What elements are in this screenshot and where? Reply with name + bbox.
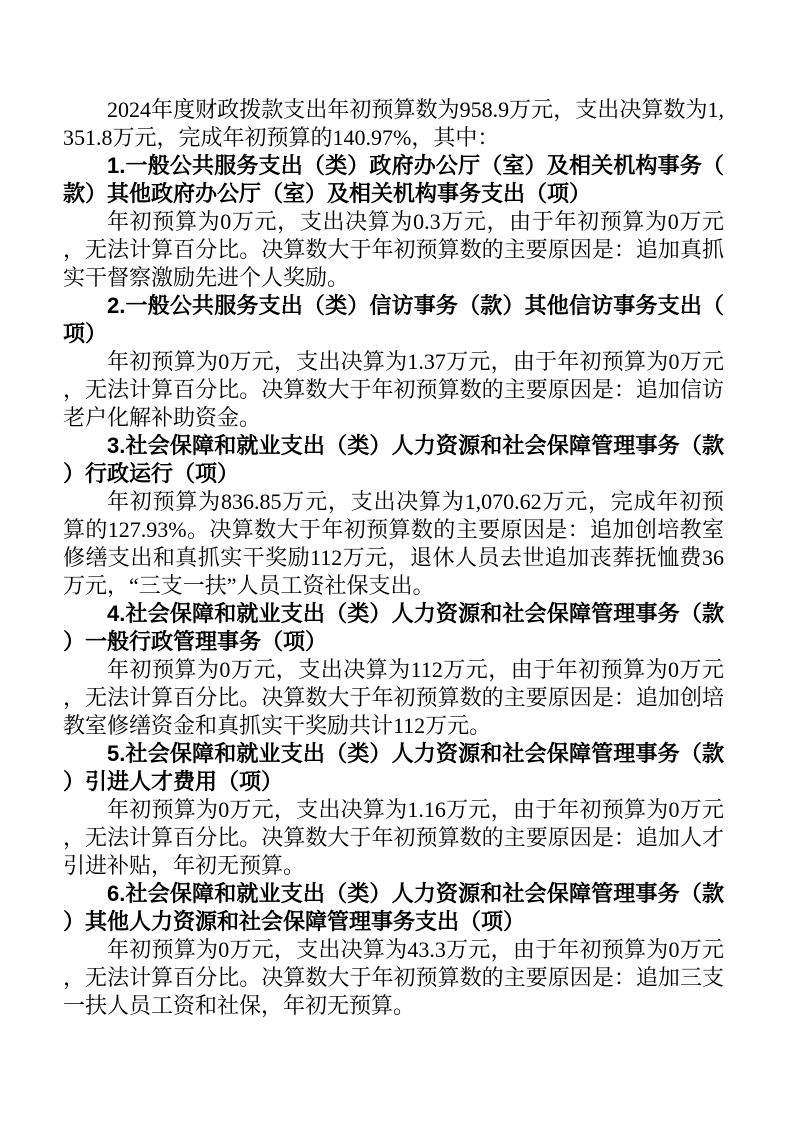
- section-heading: 6.社会保障和就业支出（类）人力资源和社会保障管理事务（款）其他人力资源和社会保…: [63, 880, 724, 936]
- section-heading: 2.一般公共服务支出（类）信访事务（款）其他信访事务支出（项）: [63, 292, 724, 348]
- section-body: 年初预算为836.85万元，支出决算为1,070.62万元，完成年初预算的127…: [63, 488, 724, 600]
- document-body: 2024年度财政拨款支出年初预算数为958.9万元，支出决算数为1,351.8万…: [63, 96, 724, 1020]
- document-page: 2024年度财政拨款支出年初预算数为958.9万元，支出决算数为1,351.8万…: [0, 0, 793, 1122]
- section-body: 年初预算为0万元，支出决算为112万元，由于年初预算为0万元，无法计算百分比。决…: [63, 656, 724, 740]
- section-body: 年初预算为0万元，支出决算为43.3万元，由于年初预算为0万元，无法计算百分比。…: [63, 936, 724, 1020]
- section-body: 年初预算为0万元，支出决算为0.3万元，由于年初预算为0万元，无法计算百分比。决…: [63, 208, 724, 292]
- section-heading: 3.社会保障和就业支出（类）人力资源和社会保障管理事务（款）行政运行（项）: [63, 432, 724, 488]
- section-heading: 5.社会保障和就业支出（类）人力资源和社会保障管理事务（款）引进人才费用（项）: [63, 740, 724, 796]
- section-body: 年初预算为0万元，支出决算为1.16万元，由于年初预算为0万元，无法计算百分比。…: [63, 796, 724, 880]
- section-heading: 1.一般公共服务支出（类）政府办公厅（室）及相关机构事务（款）其他政府办公厅（室…: [63, 152, 724, 208]
- intro-paragraph: 2024年度财政拨款支出年初预算数为958.9万元，支出决算数为1,351.8万…: [63, 96, 724, 152]
- section-body: 年初预算为0万元，支出决算为1.37万元，由于年初预算为0万元，无法计算百分比。…: [63, 348, 724, 432]
- section-heading: 4.社会保障和就业支出（类）人力资源和社会保障管理事务（款）一般行政管理事务（项…: [63, 600, 724, 656]
